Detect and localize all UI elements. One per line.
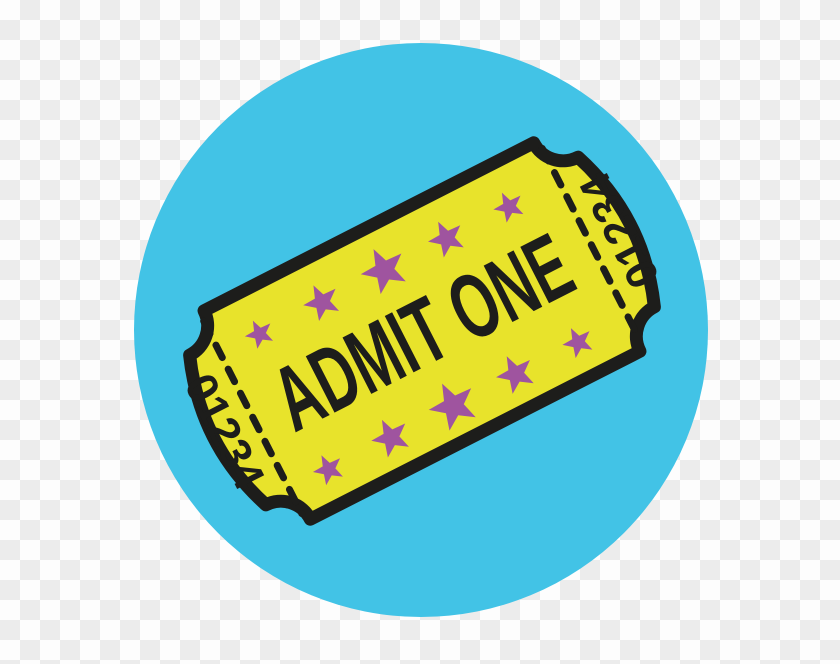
admit-one-ticket-graphic: ADMIT ONE 01234 01234 bbox=[0, 0, 840, 664]
transparency-checkerboard: ADMIT ONE 01234 01234 bbox=[0, 0, 840, 664]
